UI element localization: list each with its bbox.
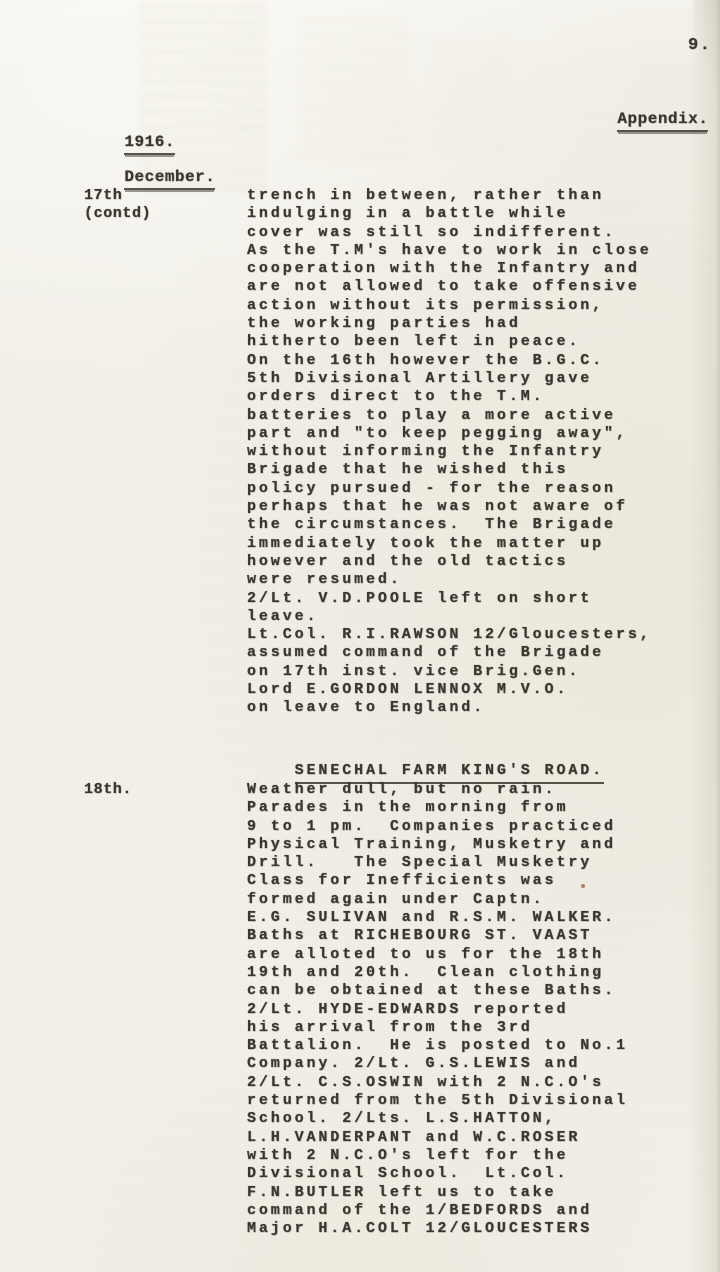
appendix-heading: Appendix.	[617, 110, 708, 132]
month-heading: December.	[124, 168, 215, 190]
scanned-document-page: 9. Appendix. 1916. December. 17th (contd…	[0, 0, 720, 1272]
entry-date-17th: 17th	[84, 187, 122, 205]
entry-date-18th: 18th.	[84, 781, 132, 799]
bleed-through-smudge	[430, 40, 510, 160]
entry-body-17th: trench in between, rather than indulging…	[247, 187, 652, 718]
page-number: 9.	[688, 36, 711, 56]
entry-date-note-17th: (contd)	[84, 205, 151, 223]
bleed-through-smudge	[298, 18, 408, 168]
entry-body-18th: Weather dull, but no rain. Parades in th…	[247, 781, 628, 1238]
